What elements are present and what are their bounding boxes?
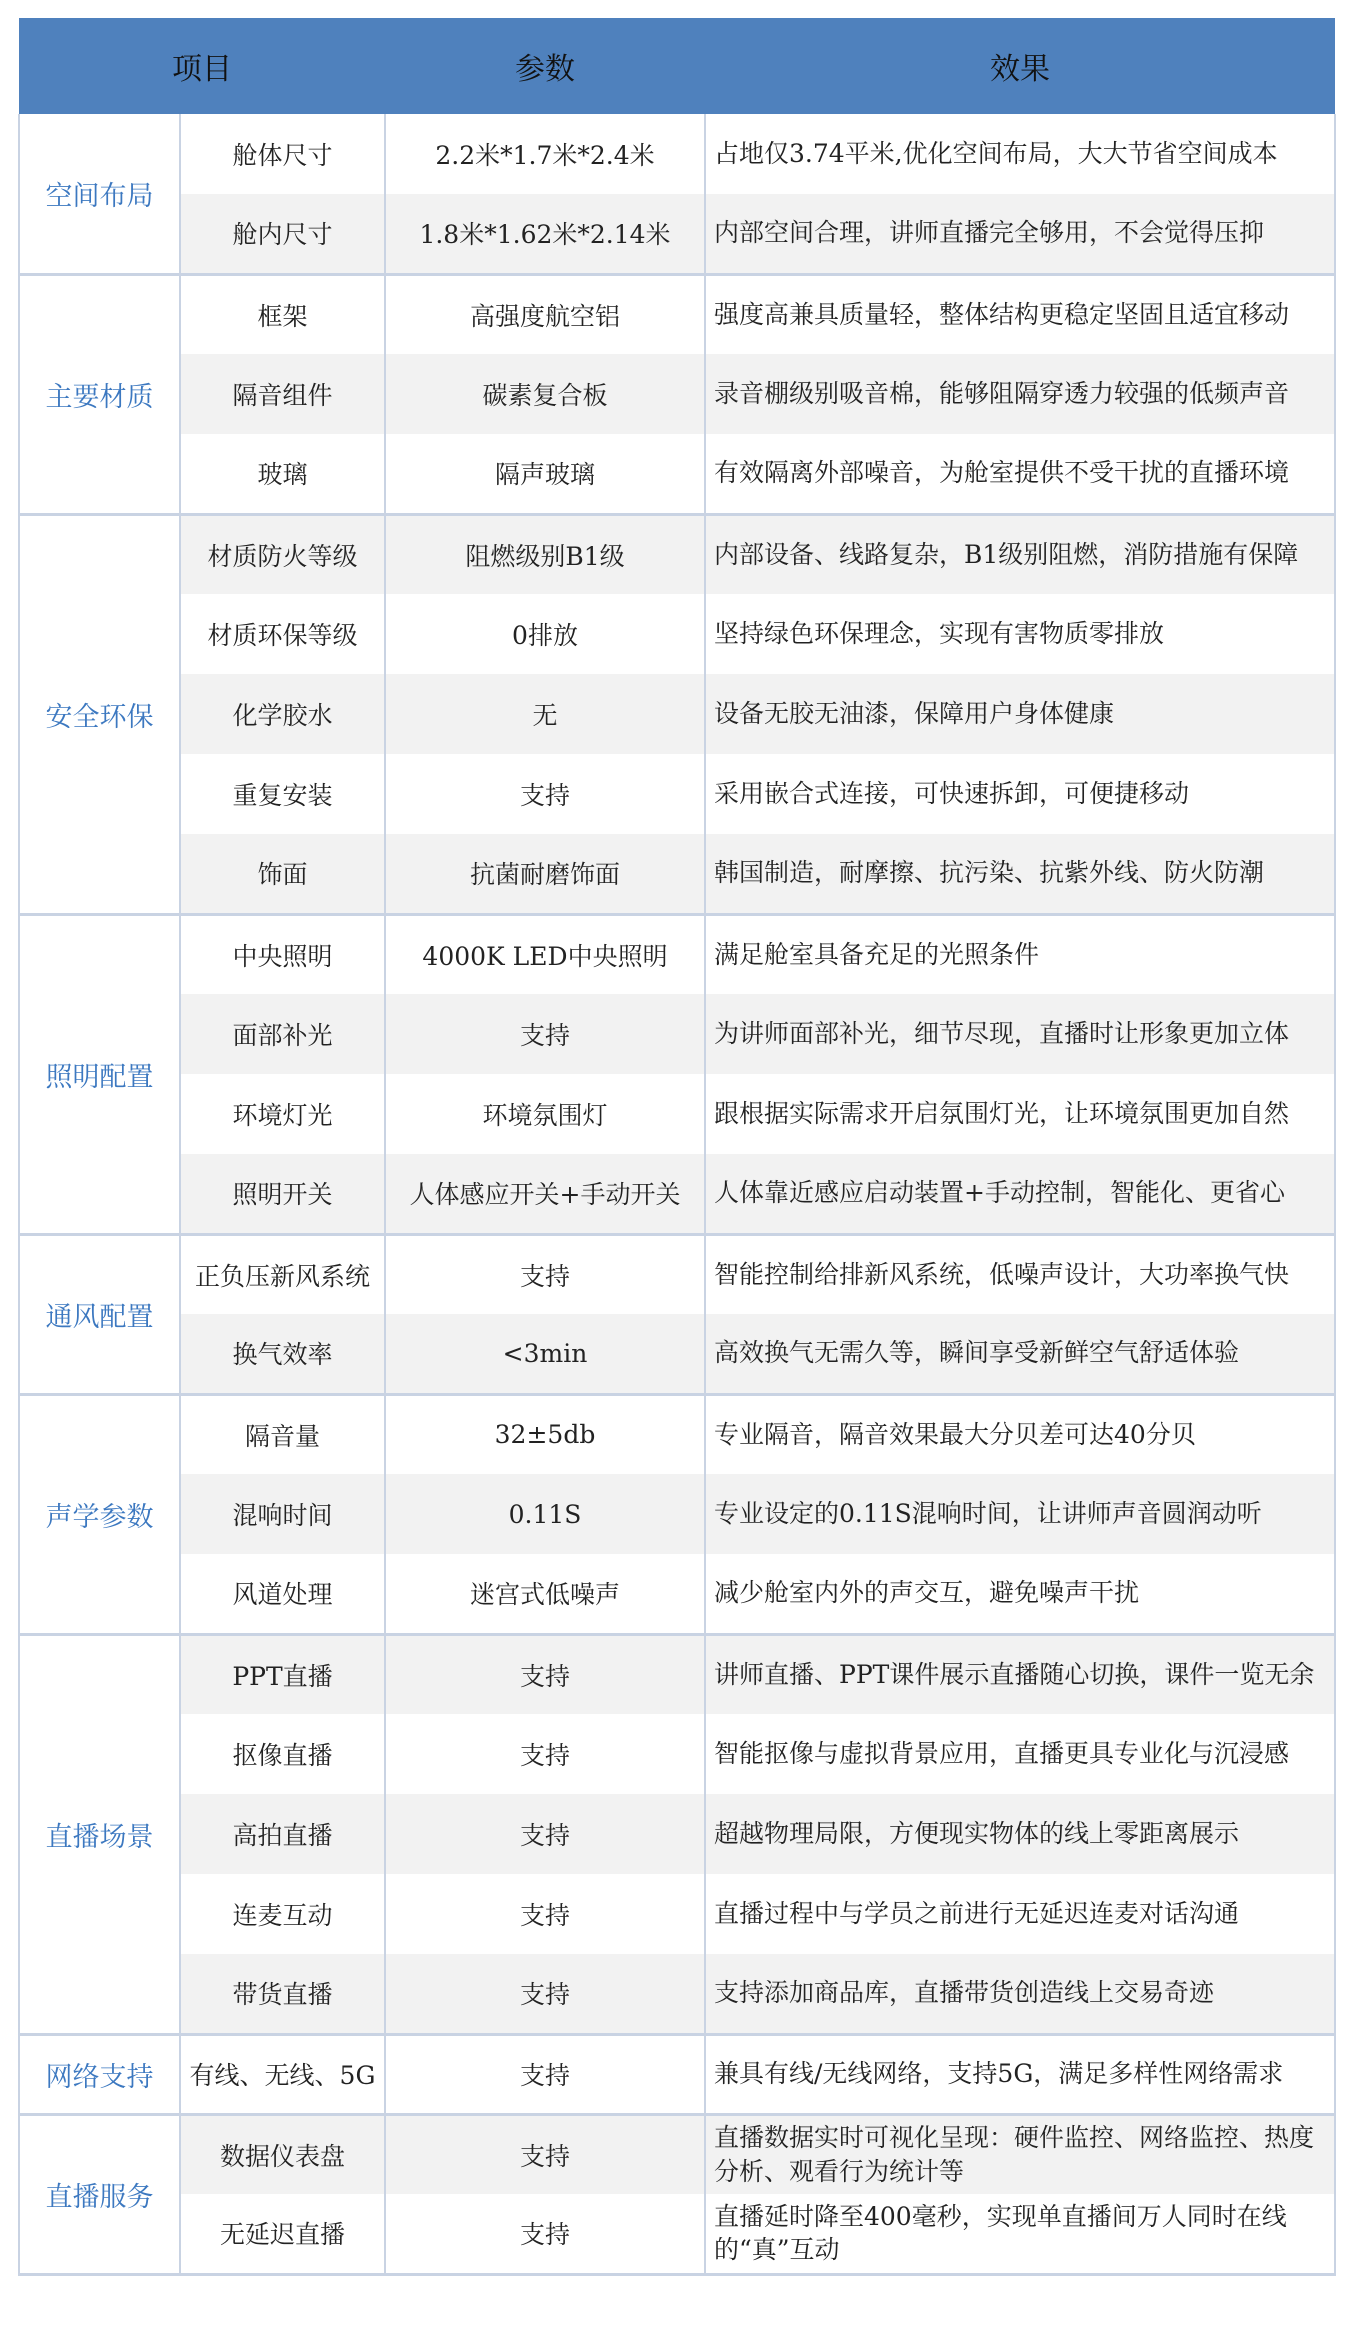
effect-cell: 智能抠像与虚拟背景应用，直播更具专业化与沉浸感 bbox=[705, 1714, 1335, 1794]
effect-cell: 专业设定的0.11S混响时间，让讲师声音圆润动听 bbox=[705, 1474, 1335, 1554]
effect-cell: 为讲师面部补光，细节尽现，直播时让形象更加立体 bbox=[705, 994, 1335, 1074]
effect-cell: 采用嵌合式连接，可快速拆卸，可便捷移动 bbox=[705, 754, 1335, 834]
effect-cell: 跟根据实际需求开启氛围灯光，让环境氛围更加自然 bbox=[705, 1074, 1335, 1154]
item-cell: 材质防火等级 bbox=[180, 514, 385, 594]
table-row: 带货直播支持支持添加商品库，直播带货创造线上交易奇迹 bbox=[19, 1954, 1335, 2034]
param-cell: 支持 bbox=[385, 1794, 705, 1874]
effect-cell: 有效隔离外部噪音，为舱室提供不受干扰的直播环境 bbox=[705, 434, 1335, 514]
effect-cell: 直播过程中与学员之前进行无延迟连麦对话沟通 bbox=[705, 1874, 1335, 1954]
effect-cell: 韩国制造，耐摩擦、抗污染、抗紫外线、防火防潮 bbox=[705, 834, 1335, 914]
item-cell: 材质环保等级 bbox=[180, 594, 385, 674]
item-cell: 风道处理 bbox=[180, 1554, 385, 1634]
table-row: 风道处理迷宫式低噪声减少舱室内外的声交互，避免噪声干扰 bbox=[19, 1554, 1335, 1634]
effect-cell: 录音棚级别吸音棉，能够阻隔穿透力较强的低频声音 bbox=[705, 354, 1335, 434]
param-cell: 支持 bbox=[385, 754, 705, 834]
param-cell: 人体感应开关+手动开关 bbox=[385, 1154, 705, 1234]
item-cell: 隔音量 bbox=[180, 1394, 385, 1474]
group-label: 直播服务 bbox=[19, 2114, 180, 2274]
item-cell: 化学胶水 bbox=[180, 674, 385, 754]
effect-cell: 讲师直播、PPT课件展示直播随心切换，课件一览无余 bbox=[705, 1634, 1335, 1714]
item-cell: 重复安装 bbox=[180, 754, 385, 834]
table-row: 抠像直播支持智能抠像与虚拟背景应用，直播更具专业化与沉浸感 bbox=[19, 1714, 1335, 1794]
item-cell: 正负压新风系统 bbox=[180, 1234, 385, 1314]
param-cell: 迷宫式低噪声 bbox=[385, 1554, 705, 1634]
item-cell: 连麦互动 bbox=[180, 1874, 385, 1954]
header-effect: 效果 bbox=[705, 18, 1335, 114]
param-cell: 32±5db bbox=[385, 1394, 705, 1474]
param-cell: 无 bbox=[385, 674, 705, 754]
effect-cell: 坚持绿色环保理念，实现有害物质零排放 bbox=[705, 594, 1335, 674]
group-label: 安全环保 bbox=[19, 514, 180, 914]
table-row: 连麦互动支持直播过程中与学员之前进行无延迟连麦对话沟通 bbox=[19, 1874, 1335, 1954]
table-row: 换气效率<3min高效换气无需久等，瞬间享受新鲜空气舒适体验 bbox=[19, 1314, 1335, 1394]
table-row: 通风配置正负压新风系统支持智能控制给排新风系统，低噪声设计，大功率换气快 bbox=[19, 1234, 1335, 1314]
item-cell: 隔音组件 bbox=[180, 354, 385, 434]
item-cell: 照明开关 bbox=[180, 1154, 385, 1234]
effect-cell: 智能控制给排新风系统，低噪声设计，大功率换气快 bbox=[705, 1234, 1335, 1314]
effect-cell: 占地仅3.74平米,优化空间布局，大大节省空间成本 bbox=[705, 114, 1335, 194]
table-row: 高拍直播支持超越物理局限，方便现实物体的线上零距离展示 bbox=[19, 1794, 1335, 1874]
table-row: 材质环保等级0排放坚持绿色环保理念，实现有害物质零排放 bbox=[19, 594, 1335, 674]
item-cell: 抠像直播 bbox=[180, 1714, 385, 1794]
item-cell: 无延迟直播 bbox=[180, 2194, 385, 2274]
param-cell: 1.8米*1.62米*2.14米 bbox=[385, 194, 705, 274]
param-cell: 支持 bbox=[385, 1234, 705, 1314]
item-cell: 环境灯光 bbox=[180, 1074, 385, 1154]
table-row: 玻璃隔声玻璃有效隔离外部噪音，为舱室提供不受干扰的直播环境 bbox=[19, 434, 1335, 514]
param-cell: 支持 bbox=[385, 2194, 705, 2274]
table-row: 安全环保材质防火等级阻燃级别B1级内部设备、线路复杂，B1级别阻燃，消防措施有保… bbox=[19, 514, 1335, 594]
spec-table: 项目 参数 效果 空间布局舱体尺寸2.2米*1.7米*2.4米占地仅3.74平米… bbox=[18, 18, 1336, 2276]
param-cell: 支持 bbox=[385, 1714, 705, 1794]
param-cell: 高强度航空铝 bbox=[385, 274, 705, 354]
item-cell: 舱内尺寸 bbox=[180, 194, 385, 274]
group-label: 主要材质 bbox=[19, 274, 180, 514]
effect-cell: 直播延时降至400毫秒，实现单直播间万人同时在线的“真”互动 bbox=[705, 2194, 1335, 2274]
param-cell: 4000K LED中央照明 bbox=[385, 914, 705, 994]
param-cell: 环境氛围灯 bbox=[385, 1074, 705, 1154]
group-label: 通风配置 bbox=[19, 1234, 180, 1394]
item-cell: PPT直播 bbox=[180, 1634, 385, 1714]
table-row: 网络支持有线、无线、5G支持兼具有线/无线网络，支持5G，满足多样性网络需求 bbox=[19, 2034, 1335, 2114]
item-cell: 有线、无线、5G bbox=[180, 2034, 385, 2114]
param-cell: <3min bbox=[385, 1314, 705, 1394]
table-row: 面部补光支持为讲师面部补光，细节尽现，直播时让形象更加立体 bbox=[19, 994, 1335, 1074]
param-cell: 2.2米*1.7米*2.4米 bbox=[385, 114, 705, 194]
param-cell: 支持 bbox=[385, 994, 705, 1074]
effect-cell: 高效换气无需久等，瞬间享受新鲜空气舒适体验 bbox=[705, 1314, 1335, 1394]
effect-cell: 支持添加商品库，直播带货创造线上交易奇迹 bbox=[705, 1954, 1335, 2034]
param-cell: 阻燃级别B1级 bbox=[385, 514, 705, 594]
item-cell: 框架 bbox=[180, 274, 385, 354]
effect-cell: 直播数据实时可视化呈现：硬件监控、网络监控、热度分析、观看行为统计等 bbox=[705, 2114, 1335, 2194]
item-cell: 面部补光 bbox=[180, 994, 385, 1074]
group-label: 照明配置 bbox=[19, 914, 180, 1234]
table-row: 化学胶水无设备无胶无油漆，保障用户身体健康 bbox=[19, 674, 1335, 754]
group-label: 声学参数 bbox=[19, 1394, 180, 1634]
param-cell: 支持 bbox=[385, 2034, 705, 2114]
item-cell: 中央照明 bbox=[180, 914, 385, 994]
effect-cell: 超越物理局限，方便现实物体的线上零距离展示 bbox=[705, 1794, 1335, 1874]
table-row: 直播服务数据仪表盘支持直播数据实时可视化呈现：硬件监控、网络监控、热度分析、观看… bbox=[19, 2114, 1335, 2194]
table-row: 混响时间0.11S专业设定的0.11S混响时间，让讲师声音圆润动听 bbox=[19, 1474, 1335, 1554]
param-cell: 0.11S bbox=[385, 1474, 705, 1554]
effect-cell: 人体靠近感应启动装置+手动控制，智能化、更省心 bbox=[705, 1154, 1335, 1234]
effect-cell: 减少舱室内外的声交互，避免噪声干扰 bbox=[705, 1554, 1335, 1634]
param-cell: 0排放 bbox=[385, 594, 705, 674]
table-row: 隔音组件碳素复合板录音棚级别吸音棉，能够阻隔穿透力较强的低频声音 bbox=[19, 354, 1335, 434]
param-cell: 支持 bbox=[385, 1634, 705, 1714]
param-cell: 碳素复合板 bbox=[385, 354, 705, 434]
group-label: 网络支持 bbox=[19, 2034, 180, 2114]
param-cell: 支持 bbox=[385, 2114, 705, 2194]
param-cell: 隔声玻璃 bbox=[385, 434, 705, 514]
table-row: 声学参数隔音量32±5db专业隔音，隔音效果最大分贝差可达40分贝 bbox=[19, 1394, 1335, 1474]
group-label: 空间布局 bbox=[19, 114, 180, 274]
effect-cell: 强度高兼具质量轻，整体结构更稳定坚固且适宜移动 bbox=[705, 274, 1335, 354]
effect-cell: 设备无胶无油漆，保障用户身体健康 bbox=[705, 674, 1335, 754]
item-cell: 高拍直播 bbox=[180, 1794, 385, 1874]
item-cell: 饰面 bbox=[180, 834, 385, 914]
item-cell: 数据仪表盘 bbox=[180, 2114, 385, 2194]
effect-cell: 满足舱室具备充足的光照条件 bbox=[705, 914, 1335, 994]
table-row: 照明开关人体感应开关+手动开关人体靠近感应启动装置+手动控制，智能化、更省心 bbox=[19, 1154, 1335, 1234]
header-item: 项目 bbox=[19, 18, 385, 114]
effect-cell: 内部空间合理，讲师直播完全够用，不会觉得压抑 bbox=[705, 194, 1335, 274]
table-body: 空间布局舱体尺寸2.2米*1.7米*2.4米占地仅3.74平米,优化空间布局，大… bbox=[19, 114, 1335, 2274]
header-param: 参数 bbox=[385, 18, 705, 114]
table-row: 直播场景PPT直播支持讲师直播、PPT课件展示直播随心切换，课件一览无余 bbox=[19, 1634, 1335, 1714]
param-cell: 支持 bbox=[385, 1874, 705, 1954]
table-row: 饰面抗菌耐磨饰面韩国制造，耐摩擦、抗污染、抗紫外线、防火防潮 bbox=[19, 834, 1335, 914]
param-cell: 支持 bbox=[385, 1954, 705, 2034]
item-cell: 换气效率 bbox=[180, 1314, 385, 1394]
item-cell: 带货直播 bbox=[180, 1954, 385, 2034]
table-row: 重复安装支持采用嵌合式连接，可快速拆卸，可便捷移动 bbox=[19, 754, 1335, 834]
table-row: 照明配置中央照明4000K LED中央照明满足舱室具备充足的光照条件 bbox=[19, 914, 1335, 994]
table-row: 空间布局舱体尺寸2.2米*1.7米*2.4米占地仅3.74平米,优化空间布局，大… bbox=[19, 114, 1335, 194]
effect-cell: 专业隔音，隔音效果最大分贝差可达40分贝 bbox=[705, 1394, 1335, 1474]
effect-cell: 兼具有线/无线网络，支持5G，满足多样性网络需求 bbox=[705, 2034, 1335, 2114]
item-cell: 玻璃 bbox=[180, 434, 385, 514]
param-cell: 抗菌耐磨饰面 bbox=[385, 834, 705, 914]
table-row: 无延迟直播支持直播延时降至400毫秒，实现单直播间万人同时在线的“真”互动 bbox=[19, 2194, 1335, 2274]
effect-cell: 内部设备、线路复杂，B1级别阻燃，消防措施有保障 bbox=[705, 514, 1335, 594]
item-cell: 舱体尺寸 bbox=[180, 114, 385, 194]
group-label: 直播场景 bbox=[19, 1634, 180, 2034]
table-header: 项目 参数 效果 bbox=[19, 18, 1335, 114]
table-row: 环境灯光环境氛围灯跟根据实际需求开启氛围灯光，让环境氛围更加自然 bbox=[19, 1074, 1335, 1154]
table-row: 主要材质框架高强度航空铝强度高兼具质量轻，整体结构更稳定坚固且适宜移动 bbox=[19, 274, 1335, 354]
item-cell: 混响时间 bbox=[180, 1474, 385, 1554]
table-row: 舱内尺寸1.8米*1.62米*2.14米内部空间合理，讲师直播完全够用，不会觉得… bbox=[19, 194, 1335, 274]
